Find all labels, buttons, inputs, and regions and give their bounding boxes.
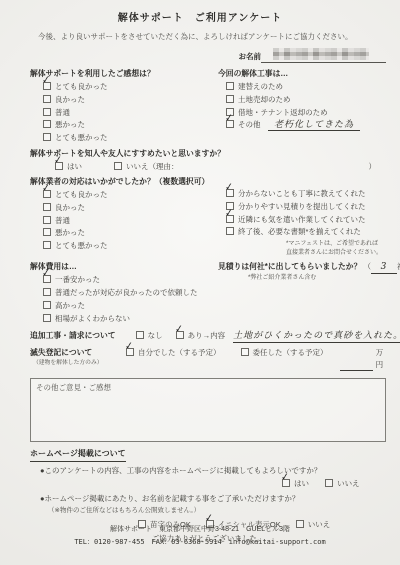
option-label: 委任した（する予定）: [253, 348, 328, 357]
option-label: 高かった: [55, 301, 85, 310]
option-row: はい: [55, 161, 82, 173]
checkbox[interactable]: [43, 203, 51, 211]
option-row: 自分でした（する予定）: [126, 347, 221, 371]
option-label: はい: [294, 479, 309, 488]
checkbox[interactable]: [43, 108, 51, 116]
checkbox[interactable]: [226, 215, 234, 223]
option-label: 借地・テナント返却のため: [238, 108, 328, 117]
option-label: とても良かった: [55, 190, 108, 199]
checkbox[interactable]: [136, 331, 144, 339]
option-label: 分からないことも丁寧に教えてくれた: [238, 189, 366, 198]
name-row: お名前: [0, 48, 386, 64]
homepage-q1: ●このアンケートの内容、工事の内容をホームページに掲載してもよろしいですか？: [40, 465, 386, 477]
q-cost-heading: 解体費用は…: [30, 261, 218, 273]
option-label: 土地売却のため: [238, 95, 291, 104]
q-registration-row: 滅失登記について （建物を解体した方のみ） 自分でした（する予定） 委任した（す…: [30, 347, 388, 371]
q-quotes-heading: 見積りは何社*に出してもらいましたか？: [218, 262, 361, 271]
option-label: 終了後、必要な書類*を揃えてくれた: [238, 227, 361, 236]
checkbox[interactable]: [114, 162, 122, 170]
checkbox[interactable]: [43, 95, 51, 103]
checkbox[interactable]: [43, 190, 51, 198]
option-label: 悪かった: [55, 120, 85, 129]
option-row: 土地売却のため: [226, 94, 390, 107]
option-label: その他: [238, 120, 261, 129]
homepage-q1-answers: はい いいえ: [282, 478, 386, 490]
checkbox[interactable]: [43, 241, 51, 249]
checkbox[interactable]: [43, 275, 51, 283]
option-row: その他 老朽化してきた為: [226, 119, 390, 132]
option-label: とても悪かった: [55, 133, 108, 142]
option-label: 普通: [55, 108, 70, 117]
q-recommend-answers: はい いいえ（理由： ）: [55, 161, 376, 173]
option-row: 委任した（する予定）: [241, 347, 328, 371]
option-label: 建替えのため: [238, 82, 283, 91]
close-paren: ）: [369, 161, 377, 173]
q-registration-heading: 滅失登記について: [30, 347, 122, 359]
option-row: 普通: [43, 215, 218, 228]
option-row: 良かった: [43, 202, 218, 215]
additional-detail-handwritten[interactable]: 土地がひくかったので真砂を入れた。: [233, 330, 400, 343]
checkbox[interactable]: [241, 348, 249, 356]
option-row: とても悪かった: [43, 132, 218, 145]
option-row: 分からないことも丁寧に教えてくれた: [226, 188, 390, 201]
option-row: 良かった: [43, 94, 218, 107]
option-row: 悪かった: [43, 227, 218, 240]
option-label: とても悪かった: [55, 241, 108, 250]
q-additional-heading: 追加工事・請求について: [30, 330, 116, 342]
option-label: いいえ（理由：: [126, 162, 179, 171]
checkbox[interactable]: [43, 288, 51, 296]
option-row: 悪かった: [43, 119, 218, 132]
option-row: はい: [282, 479, 309, 488]
quotes-paren-open: （: [363, 262, 371, 271]
option-row: いいえ（理由：: [114, 161, 179, 173]
option-label: とても良かった: [55, 82, 108, 91]
option-label: 自分でした（する予定）: [138, 348, 221, 357]
amount-unit: 万円: [376, 347, 388, 371]
option-row: 建替えのため: [226, 81, 390, 94]
option-label: 分かりやすい見積りを提出してくれた: [238, 202, 366, 211]
footer: 解体サポート 東京都中野区中野3-48-21 GUELビル3階 TEL：0120…: [0, 523, 400, 549]
option-row: 近隣にも気を遣い作業してくれていた: [226, 214, 390, 227]
q-registration-subnote: （建物を解体した方のみ）: [33, 359, 122, 367]
option-row: 分かりやすい見積りを提出してくれた: [226, 201, 390, 214]
manifest-note: *マニフェストは、ご希望であれば 直接業者さんにお問合せください。: [286, 240, 390, 257]
option-label: 普通だったが対応が良かったので依頼した: [55, 288, 198, 297]
checkbox[interactable]: [325, 479, 333, 487]
option-label: あり→内容: [188, 331, 226, 340]
other-handwritten-answer[interactable]: 老朽化してきた為: [268, 120, 360, 131]
checkbox[interactable]: [43, 314, 51, 322]
checkbox[interactable]: [55, 162, 63, 170]
redacted-name: [273, 48, 369, 60]
option-label: 相場がよくわからない: [55, 314, 130, 323]
name-field[interactable]: [261, 48, 386, 63]
checkbox[interactable]: [226, 227, 234, 235]
homepage-heading: ホームページ掲載について: [30, 448, 126, 462]
q-purpose-heading: 今回の解体工事は…: [218, 68, 390, 80]
option-label: はい: [67, 162, 82, 171]
option-label: 良かった: [55, 95, 85, 104]
q-recommend-heading: 解体サポートを知人や友人にすすめたいと思いますか？: [30, 148, 388, 160]
homepage-q2-note: （※物件のご住所などはもちろん公開致しません。）: [48, 505, 386, 517]
option-row: 一番安かった: [43, 274, 218, 287]
checkbox[interactable]: [43, 216, 51, 224]
option-row: とても良かった: [43, 189, 218, 202]
comments-label: その他ご意見・ご感想: [36, 383, 111, 392]
checkbox[interactable]: [126, 348, 134, 356]
option-label: 良かった: [55, 203, 85, 212]
option-label: 普通: [55, 216, 70, 225]
quotes-note: *弊社ご紹介業者さん含む: [248, 274, 390, 283]
footer-contact: TEL：0120-987-455 FAX：03-6368-5914 info@k…: [0, 536, 400, 549]
option-row: 相場がよくわからない: [43, 313, 218, 326]
option-label: いいえ: [337, 479, 360, 488]
intro-text: 今後、より良いサポートをさせていただく為に、よろしければアンケートにご協力くださ…: [38, 31, 386, 43]
option-label: 近隣にも気を遣い作業してくれていた: [238, 215, 366, 224]
option-label: 一番安かった: [55, 275, 100, 284]
checkbox[interactable]: [226, 82, 234, 90]
checkbox[interactable]: [43, 301, 51, 309]
option-row: あり→内容: [176, 330, 226, 342]
q-additional-row: 追加工事・請求について なし あり→内容 土地がひくかったので真砂を入れた。: [30, 330, 388, 343]
comments-box[interactable]: その他ご意見・ご感想: [30, 378, 386, 442]
option-label: なし: [148, 331, 163, 340]
option-row: 高かった: [43, 300, 218, 313]
checkbox[interactable]: [43, 82, 51, 90]
checkbox[interactable]: [282, 479, 290, 487]
option-row: いいえ: [325, 479, 360, 488]
option-row: 普通だったが対応が良かったので依頼した: [43, 287, 218, 300]
homepage-q2: ●ホームページ掲載にあたり、お名前を記載する事をご了承いただけますか？: [40, 493, 386, 505]
checkbox[interactable]: [43, 228, 51, 236]
option-row: 借地・テナント返却のため: [226, 107, 390, 120]
checkbox[interactable]: [226, 189, 234, 197]
checkbox[interactable]: [43, 120, 51, 128]
footer-address: 解体サポート 東京都中野区中野3-48-21 GUELビル3階: [0, 523, 400, 536]
q-contractor-heading: 解体業者の対応はいかがでしたか？（複数選択可）: [30, 176, 388, 188]
checkbox[interactable]: [226, 95, 234, 103]
checkbox[interactable]: [226, 120, 234, 128]
checkbox[interactable]: [43, 133, 51, 141]
option-row: 普通: [43, 107, 218, 120]
amount-blank-field[interactable]: [340, 347, 373, 371]
quotes-count-field[interactable]: 3: [371, 261, 397, 274]
option-row: とても良かった: [43, 81, 218, 94]
name-label: お名前: [239, 52, 262, 61]
option-row: とても悪かった: [43, 240, 218, 253]
page-title: 解体サポート ご利用アンケート: [0, 0, 400, 25]
option-row: 終了後、必要な書類*を揃えてくれた: [226, 226, 390, 239]
q-support-heading: 解体サポートを利用したご感想は？: [30, 68, 218, 80]
option-row: なし: [136, 330, 163, 342]
option-label: 悪かった: [55, 228, 85, 237]
checkbox[interactable]: [176, 331, 184, 339]
scanned-survey-form: 解体サポート ご利用アンケート 今後、より良いサポートをさせていただく為に、よろ…: [0, 0, 400, 565]
